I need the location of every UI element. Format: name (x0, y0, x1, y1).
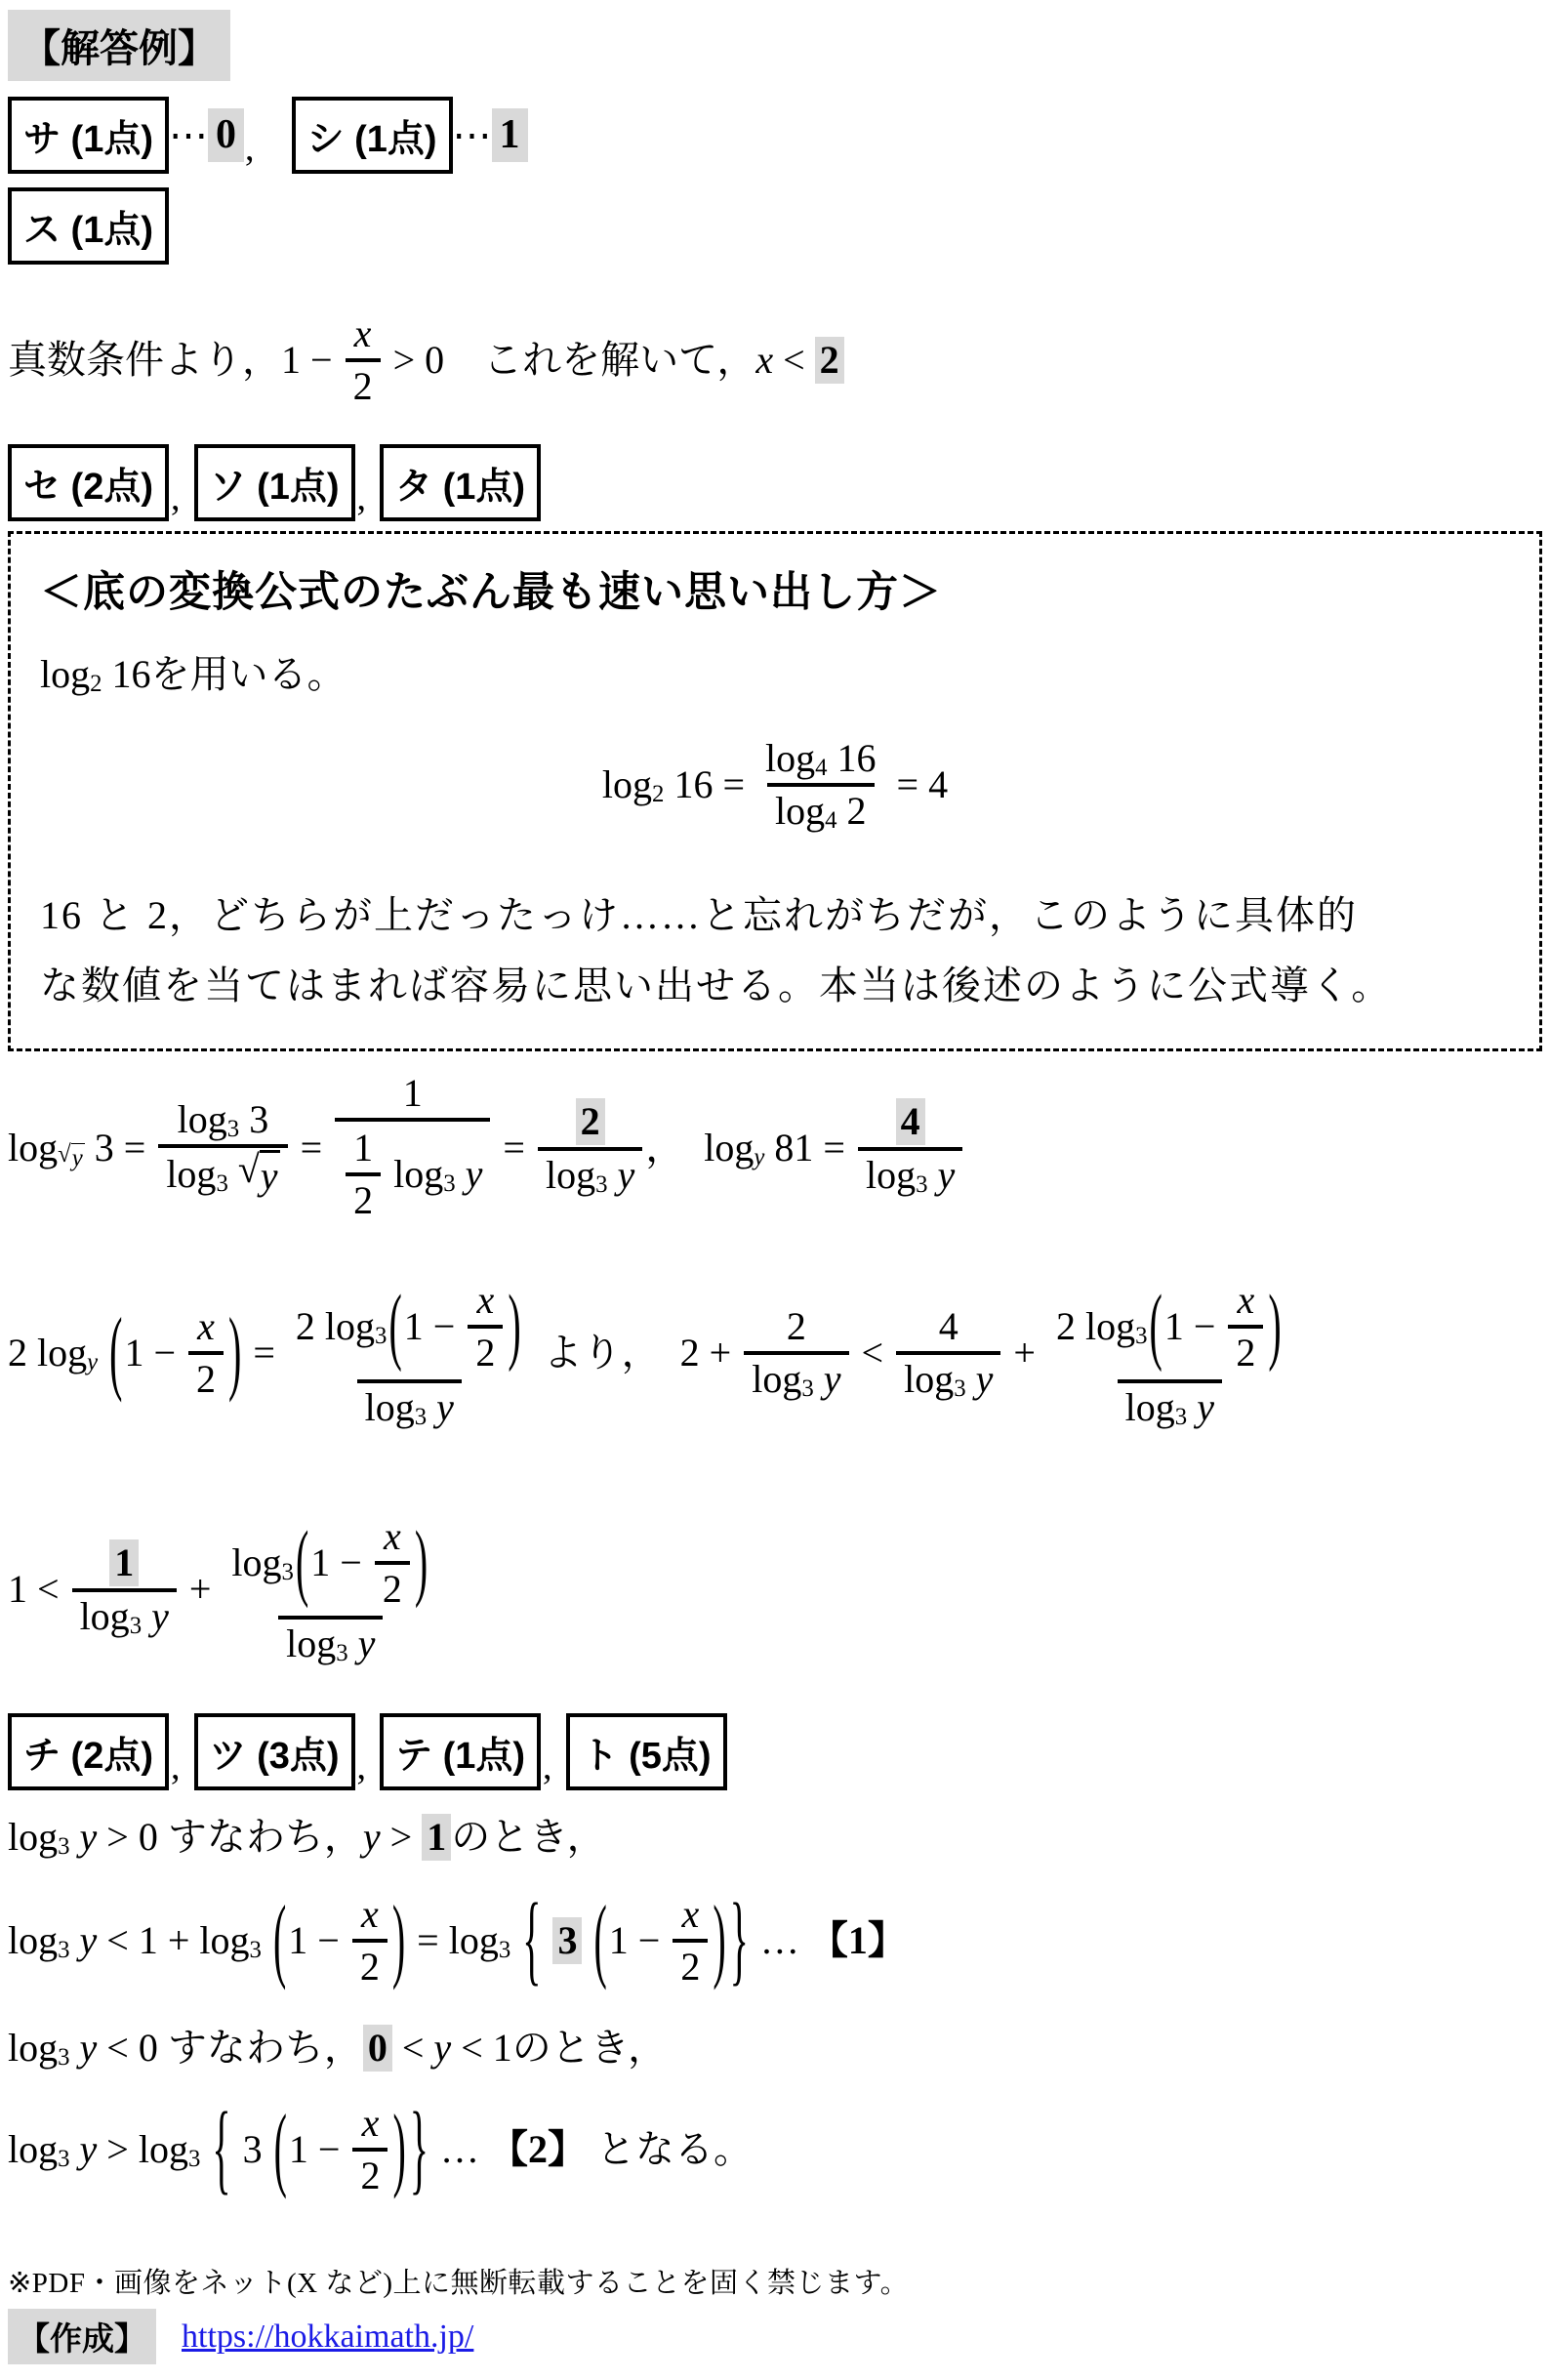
case-line-y-less-1: log3 y < 0 すなわち，0 < y < 1のとき， (8, 2025, 1542, 2072)
score-row-1: セ (2点) , ソ (1点) , タ (1点) (8, 444, 1542, 521)
score-box-tsu: ツ (3点) (194, 1713, 355, 1790)
comma: , (244, 127, 257, 174)
score-box-se: セ (2点) (8, 444, 169, 521)
equation-result-2: log3 y > log3 { 3 (1 − x2)} … 【2】 となる。 (8, 2099, 1542, 2200)
case-line-y-greater-1: log3 y > 0 すなわち，y > 1のとき， (8, 1814, 1542, 1861)
comma: , (355, 1745, 381, 1790)
note-paragraph-2: な数値を当てはまれば容易に思い出せる。本当は後述のように公式導く。 (40, 951, 1510, 1021)
note-paragraph-1: 16 と 2，どちらが上だったっけ……と忘れがちだが，このように具体的 (40, 881, 1510, 951)
score-box-ta: タ (1点) (380, 444, 541, 521)
equation-result-1: log3 y < 1 + log3 (1 − x2) = log3 { 3 (1… (8, 1890, 1542, 1991)
score-box-te: テ (1点) (380, 1713, 541, 1790)
footer: ※PDF・画像をネット(X など)上に無断転載することを固く禁じます。 【作成】… (8, 2261, 1542, 2364)
ellipsis-sa: ⋯ (169, 112, 208, 158)
note-title: ＜底の変換公式のたぶん最も速い思い出し方＞ (40, 559, 1510, 619)
equation-2log-y: 2 logy (1 − x2) = 2 log3(1 − x2)log3 y よ… (8, 1274, 1542, 1432)
equation-antilog-condition: 真数条件より，1 − x2 > 0 これを解いて，x < 2 (8, 309, 1542, 411)
comma: , (355, 476, 381, 521)
answer-value-sa: 0 (208, 108, 244, 161)
page-title: 【解答例】 (8, 10, 230, 81)
note-box-change-of-base: ＜底の変換公式のたぶん最も速い思い出し方＞ log2 16を用いる。 log2 … (8, 531, 1542, 1051)
equation-1-less-than: 1 < 1log3 y + log3(1 − x2)log3 y (8, 1510, 1542, 1668)
answer-value-shi: 1 (492, 108, 528, 161)
answer-row-2: ス (1点) (8, 187, 1542, 265)
comma: , (541, 1745, 566, 1790)
answer-box-su: ス (1点) (8, 187, 169, 265)
document-page: 【解答例】 サ (1点) ⋯ 0 , シ (1点) ⋯ 1 ス (1点) 真数条… (0, 0, 1550, 2380)
note-intro-formula: log2 16を用いる。 (40, 652, 1510, 697)
score-box-chi: チ (2点) (8, 1713, 169, 1790)
score-box-to: ト (5点) (566, 1713, 727, 1790)
score-box-so: ソ (1点) (194, 444, 355, 521)
hokkaimath-link[interactable]: https://hokkaimath.jp/ (182, 2318, 473, 2356)
credit-badge: 【作成】 (8, 2309, 156, 2364)
ellipsis-shi: ⋯ (453, 112, 492, 158)
answer-row-1: サ (1点) ⋯ 0 , シ (1点) ⋯ 1 (8, 97, 1542, 174)
comma: , (169, 1745, 194, 1790)
copyright-notice: ※PDF・画像をネット(X など)上に無断転載することを固く禁じます。 (8, 2261, 1542, 2301)
answer-box-sa: サ (1点) (8, 97, 169, 174)
answer-box-shi: シ (1点) (292, 97, 453, 174)
score-row-2: チ (2点) , ツ (3点) , テ (1点) , ト (5点) (8, 1713, 1542, 1790)
comma: , (169, 476, 194, 521)
note-main-formula: log2 16 = log4 16log4 2 = 4 (40, 734, 1510, 836)
equation-log-sqrt-y: log√y 3 = log3 3log3 √y = 112 log3 y = 2… (8, 1069, 1542, 1227)
credit-row: 【作成】 https://hokkaimath.jp/ (8, 2309, 1542, 2364)
